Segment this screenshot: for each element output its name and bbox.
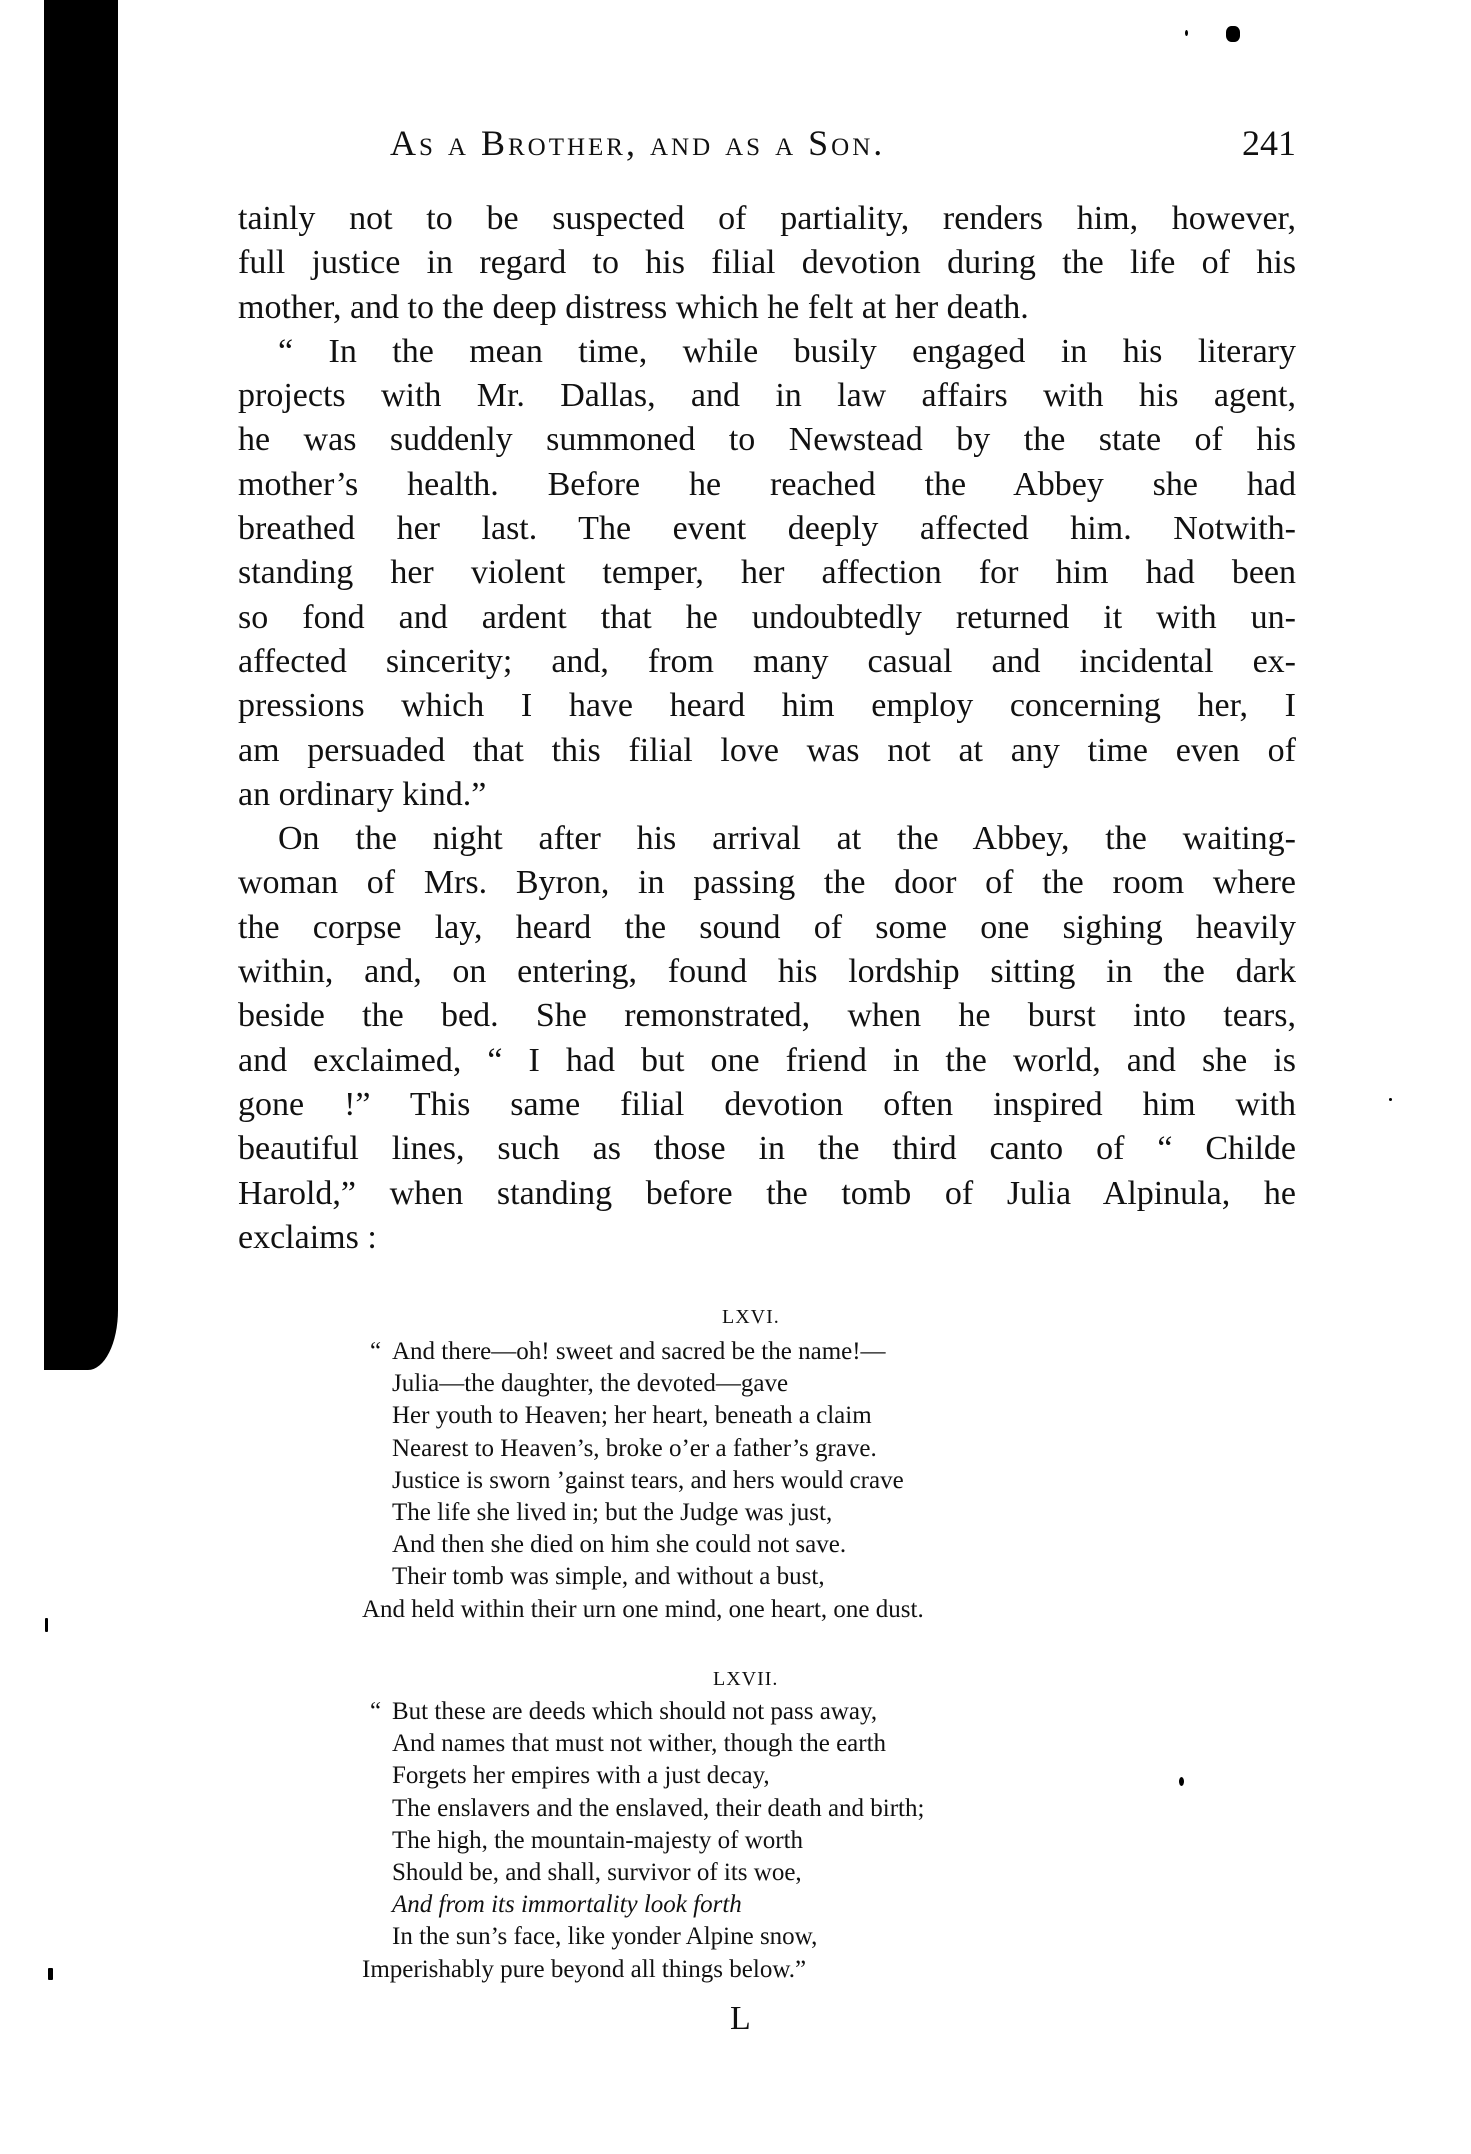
- text-line: tainly not to be suspected of partiality…: [238, 197, 1296, 241]
- running-title: As a Brother, and as a Son.: [390, 122, 885, 164]
- text-line: pressions which I have heard him employ …: [238, 684, 1296, 728]
- text-line: the corpse lay, heard the sound of some …: [238, 906, 1296, 950]
- text-line: within, and, on entering, found his lord…: [238, 950, 1296, 994]
- verse-text: Julia—the daughter, the devoted—gave: [392, 1370, 788, 1397]
- body-text: tainly not to be suspected of partiality…: [238, 197, 1296, 1260]
- verse-line: The life she lived in; but the Judge was…: [358, 1497, 1258, 1529]
- scan-speck: [45, 1618, 48, 1632]
- opening-quote: “: [370, 1696, 381, 1728]
- verse-text: Nearest to Heaven’s, broke o’er a father…: [392, 1435, 877, 1462]
- text-line: am persuaded that this filial love was n…: [238, 729, 1296, 773]
- verse-line: “And there—oh! sweet and sacred be the n…: [358, 1336, 1258, 1368]
- text-line: projects with Mr. Dallas, and in law aff…: [238, 374, 1296, 418]
- verse-line: Julia—the daughter, the devoted—gave: [358, 1368, 1258, 1400]
- verse-line: Forgets her empires with a just decay,: [358, 1760, 1258, 1792]
- verse-text: And there—oh! sweet and sacred be the na…: [392, 1338, 886, 1365]
- text-line: beside the bed. She remonstrated, when h…: [238, 994, 1296, 1038]
- verse-line: In the sun’s face, like yonder Alpine sn…: [358, 1921, 1258, 1953]
- text-line: “ In the mean time, while busily engaged…: [238, 330, 1296, 374]
- text-line: woman of Mrs. Byron, in passing the door…: [238, 861, 1296, 905]
- scan-speck: [1226, 26, 1240, 42]
- verse-line: “But these are deeds which should not pa…: [358, 1696, 1258, 1728]
- text-line: and exclaimed, “ I had but one friend in…: [238, 1039, 1296, 1083]
- text-line: an ordinary kind.”: [238, 773, 1296, 817]
- verse-text: But these are deeds which should not pas…: [392, 1698, 877, 1725]
- text-line: On the night after his arrival at the Ab…: [238, 817, 1296, 861]
- verse-text: And from its immortality look forth: [392, 1891, 742, 1918]
- verse-text: Imperishably pure beyond all things belo…: [362, 1956, 806, 1983]
- verse-line: Should be, and shall, survivor of its wo…: [358, 1857, 1258, 1889]
- stanza-lxvi: “And there—oh! sweet and sacred be the n…: [358, 1336, 1258, 1626]
- verse-text: Her youth to Heaven; her heart, beneath …: [392, 1402, 872, 1429]
- page-number: 241: [1242, 122, 1296, 164]
- running-head: As a Brother, and as a Son. 241: [390, 122, 1296, 172]
- verse-line: The enslavers and the enslaved, their de…: [358, 1793, 1258, 1825]
- verse-line: And from its immortality look forth: [358, 1889, 1258, 1921]
- verse-text: Their tomb was simple, and without a bus…: [392, 1563, 825, 1590]
- verse-text: Should be, and shall, survivor of its wo…: [392, 1859, 802, 1886]
- scan-speck: [1389, 1098, 1392, 1101]
- verse-text: Justice is sworn ’gainst tears, and hers…: [392, 1467, 904, 1494]
- stanza-heading-lxvi: LXVI.: [722, 1306, 780, 1329]
- verse-text: Forgets her empires with a just decay,: [392, 1762, 770, 1789]
- verse-line: Imperishably pure beyond all things belo…: [358, 1954, 1258, 1986]
- verse-line: And then she died on him she could not s…: [358, 1529, 1258, 1561]
- verse-text: And then she died on him she could not s…: [392, 1531, 846, 1558]
- verse-text: The high, the mountain-majesty of worth: [392, 1827, 803, 1854]
- text-line: so fond and ardent that he undoubtedly r…: [238, 596, 1296, 640]
- text-line: mother’s health. Before he reached the A…: [238, 463, 1296, 507]
- scanned-binding-shadow: [44, 0, 118, 1370]
- verse-line: And names that must not wither, though t…: [358, 1728, 1258, 1760]
- text-line: beautiful lines, such as those in the th…: [238, 1127, 1296, 1171]
- verse-text: The life she lived in; but the Judge was…: [392, 1499, 832, 1526]
- text-line: exclaims :: [238, 1216, 1296, 1260]
- text-line: gone !” This same filial devotion often …: [238, 1083, 1296, 1127]
- stanza-heading-lxvii: LXVII.: [713, 1668, 778, 1691]
- text-line: mother, and to the deep distress which h…: [238, 286, 1296, 330]
- stanza-lxvii: “But these are deeds which should not pa…: [358, 1696, 1258, 1986]
- verse-line: Nearest to Heaven’s, broke o’er a father…: [358, 1433, 1258, 1465]
- text-line: breathed her last. The event deeply affe…: [238, 507, 1296, 551]
- verse-text: And names that must not wither, though t…: [392, 1730, 886, 1757]
- scan-speck: [48, 1968, 53, 1980]
- verse-text: And held within their urn one mind, one …: [362, 1596, 924, 1623]
- text-line: standing her violent temper, her affecti…: [238, 551, 1296, 595]
- text-line: affected sincerity; and, from many casua…: [238, 640, 1296, 684]
- verse-line: Her youth to Heaven; her heart, beneath …: [358, 1400, 1258, 1432]
- verse-line: Their tomb was simple, and without a bus…: [358, 1561, 1258, 1593]
- verse-line: Justice is sworn ’gainst tears, and hers…: [358, 1465, 1258, 1497]
- verse-text: The enslavers and the enslaved, their de…: [392, 1795, 924, 1822]
- verse-line: The high, the mountain-majesty of worth: [358, 1825, 1258, 1857]
- text-line: he was suddenly summoned to Newstead by …: [238, 418, 1296, 462]
- verse-line: And held within their urn one mind, one …: [358, 1594, 1258, 1626]
- text-line: Harold,” when standing before the tomb o…: [238, 1172, 1296, 1216]
- opening-quote: “: [370, 1336, 381, 1368]
- signature-mark: L: [730, 2000, 751, 2038]
- scan-speck: [1185, 30, 1188, 36]
- verse-text: In the sun’s face, like yonder Alpine sn…: [392, 1923, 817, 1950]
- text-line: full justice in regard to his filial dev…: [238, 241, 1296, 285]
